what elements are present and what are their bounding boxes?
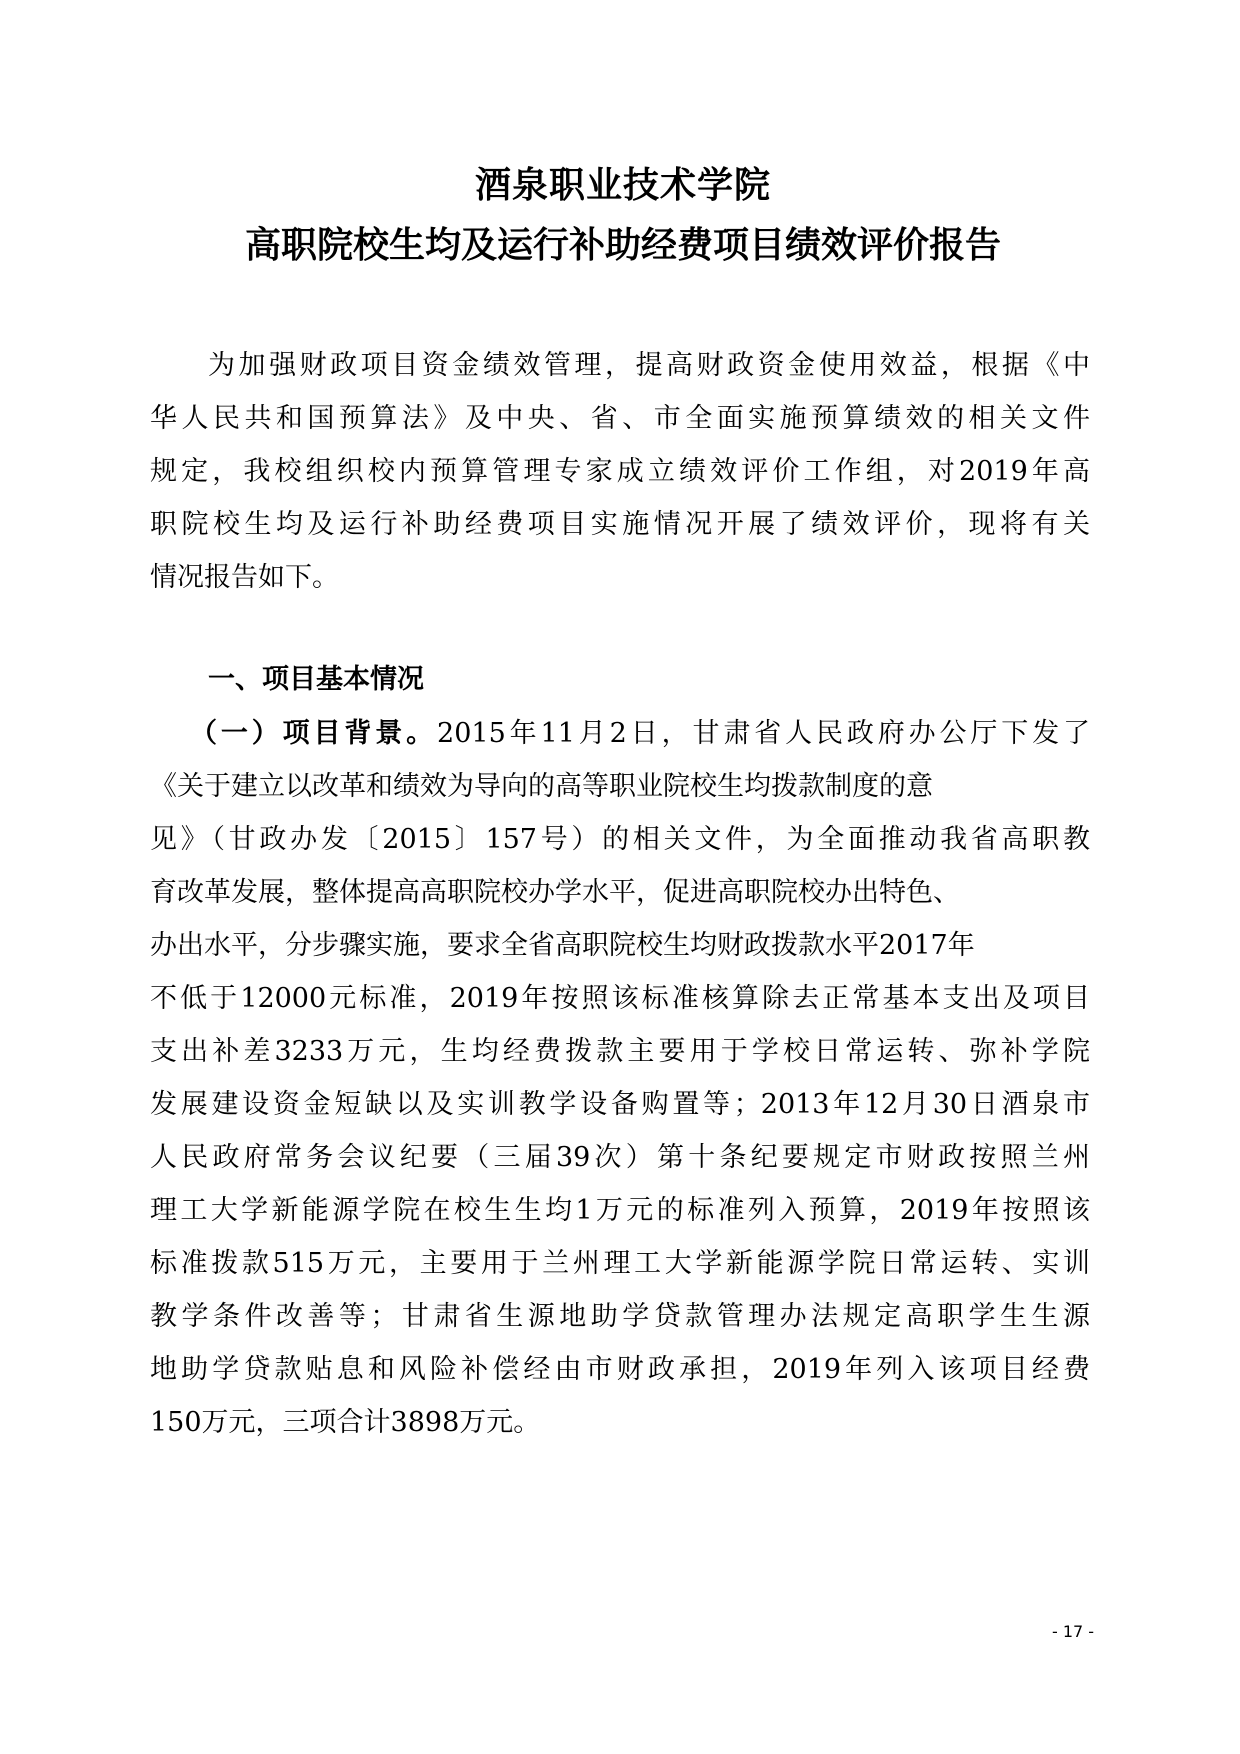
intro-paragraph-line: 华人民共和国预算法》及中央、省、市全面实施预算绩效的相关文件 [150, 399, 1090, 439]
section-heading-project-basics: 一、项目基本情况 [208, 660, 424, 700]
background-paragraph-line: 教学条件改善等；甘肃省生源地助学贷款管理办法规定高职学生生源 [150, 1297, 1090, 1337]
background-paragraph-line: 地助学贷款贴息和风险补偿经由市财政承担，2019年列入该项目经费 [150, 1350, 1090, 1390]
document-page: 酒泉职业技术学院 高职院校生均及运行补助经费项目绩效评价报告 为加强财政项目资金… [0, 0, 1240, 1754]
background-paragraph-line: 见》（甘政办发〔2015〕157号）的相关文件，为全面推动我省高职教 [150, 820, 1090, 860]
background-paragraph-line: 办出水平，分步骤实施，要求全省高职院校生均财政拨款水平2017年 [150, 926, 1090, 966]
background-paragraph-line: 发展建设资金短缺以及实训教学设备购置等；2013年12月30日酒泉市 [150, 1085, 1090, 1125]
intro-paragraph-line: 规定，我校组织校内预算管理专家成立绩效评价工作组，对2019年高 [150, 452, 1090, 492]
background-paragraph-line: 支出补差3233万元，生均经费拨款主要用于学校日常运转、弥补学院 [150, 1032, 1090, 1072]
intro-paragraph-line: 情况报告如下。 [150, 558, 1090, 598]
subsection-heading-background: （一）项目背景。 [190, 718, 437, 749]
background-paragraph-line: 理工大学新能源学院在校生生均1万元的标准列入预算，2019年按照该 [150, 1191, 1090, 1231]
background-paragraph-line: 不低于12000元标准，2019年按照该标准核算除去正常基本支出及项目 [150, 979, 1090, 1019]
background-paragraph-line: 人民政府常务会议纪要（三届39次）第十条纪要规定市财政按照兰州 [150, 1138, 1090, 1178]
background-paragraph-line: 育改革发展，整体提高高职院校办学水平，促进高职院校办出特色、 [150, 873, 1090, 913]
document-title-institution: 酒泉职业技术学院 [3, 162, 1240, 210]
background-paragraph-line: 标准拨款515万元，主要用于兰州理工大学新能源学院日常运转、实训 [150, 1244, 1090, 1284]
background-paragraph-line: 150万元，三项合计3898万元。 [150, 1403, 1090, 1443]
subsection-background-first-line: （一）项目背景。2015年11月2日，甘肃省人民政府办公厅下发了 [190, 714, 1090, 754]
intro-paragraph-line: 为加强财政项目资金绩效管理，提高财政资金使用效益，根据《中 [208, 346, 1090, 386]
page-number: - 17 - [1052, 1622, 1094, 1642]
document-title-report: 高职院校生均及运行补助经费项目绩效评价报告 [3, 222, 1240, 270]
intro-paragraph-line: 职院校生均及运行补助经费项目实施情况开展了绩效评价，现将有关 [150, 505, 1090, 545]
subsection-background-text: 2015年11月2日，甘肃省人民政府办公厅下发了 [437, 718, 1090, 749]
background-paragraph-line: 《关于建立以改革和绩效为导向的高等职业院校生均拨款制度的意 [150, 767, 1090, 807]
